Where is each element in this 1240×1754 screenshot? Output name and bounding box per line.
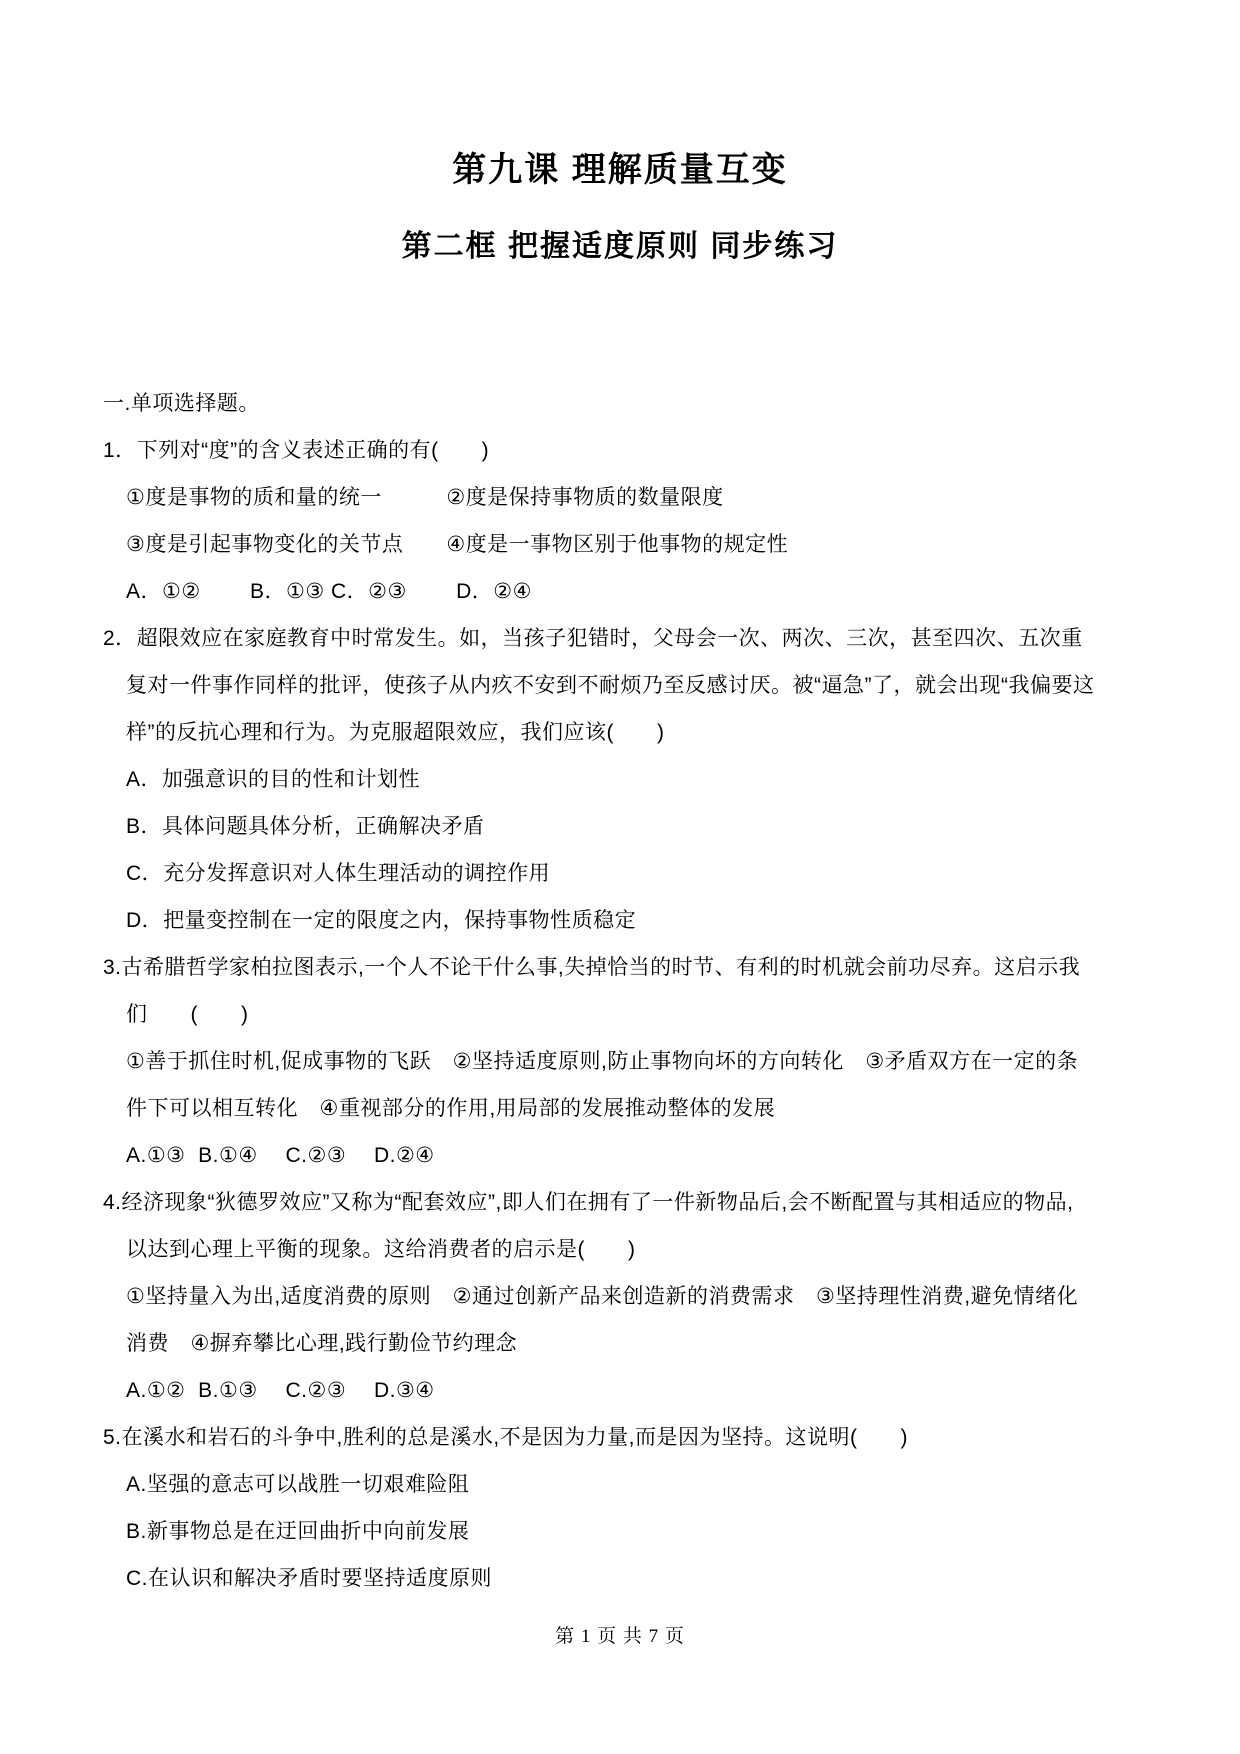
q5-choice-b: B.新事物总是在迂回曲折中向前发展 [0,1508,1240,1555]
page-footer: 第 1 页 共 7 页 [0,1621,1240,1648]
document-subtitle: 第二框 把握适度原则 同步练习 [0,221,1240,265]
q3-stem-line-1: 3.古希腊哲学家柏拉图表示,一个人不论干什么事,失掉恰当的时节、有利的时机就会前… [0,944,1240,991]
q2-stem-line-2: 复对一件事作同样的批评，使孩子从内疚不安到不耐烦乃至反感讨厌。被“逼急”了，就会… [0,662,1240,709]
q1-stem: 1．下列对“度”的含义表述正确的有( ) [0,427,1240,474]
q1-choices: A．①② B．①③ C．②③ D．②④ [0,568,1240,615]
q1-item-line-1: ①度是事物的质和量的统一 ②度是保持事物质的数量限度 [0,474,1240,521]
q2-choice-b: B．具体问题具体分析，正确解决矛盾 [0,803,1240,850]
q4-item-line-2: 消费 ④摒弃攀比心理,践行勤俭节约理念 [0,1320,1240,1367]
document-body: 一.单项选择题。1．下列对“度”的含义表述正确的有( )①度是事物的质和量的统一… [0,380,1240,1602]
q4-stem-line-2: 以达到心理上平衡的现象。这给消费者的启示是( ) [0,1226,1240,1273]
q5-choice-a: A.坚强的意志可以战胜一切艰难险阻 [0,1461,1240,1508]
q2-choice-a: A．加强意识的目的性和计划性 [0,756,1240,803]
q1-item-line-2: ③度是引起事物变化的关节点 ④度是一事物区别于他事物的规定性 [0,521,1240,568]
q4-choices: A.①② B.①③ C.②③ D.③④ [0,1367,1240,1414]
q3-choices: A.①③ B.①④ C.②③ D.②④ [0,1132,1240,1179]
q2-stem-line-3: 样”的反抗心理和行为。为克服超限效应，我们应该( ) [0,709,1240,756]
q3-item-line-2: 件下可以相互转化 ④重视部分的作用,用局部的发展推动整体的发展 [0,1085,1240,1132]
q5-choice-c: C.在认识和解决矛盾时要坚持适度原则 [0,1555,1240,1602]
worksheet-page: 第九课 理解质量互变 第二框 把握适度原则 同步练习 一.单项选择题。1．下列对… [0,0,1240,1754]
q5-stem: 5.在溪水和岩石的斗争中,胜利的总是溪水,不是因为力量,而是因为坚持。这说明( … [0,1414,1240,1461]
q2-stem-line-1: 2．超限效应在家庭教育中时常发生。如，当孩子犯错时，父母会一次、两次、三次，甚至… [0,615,1240,662]
document-title: 第九课 理解质量互变 [0,142,1240,191]
q4-item-line-1: ①坚持量入为出,适度消费的原则 ②通过创新产品来创造新的消费需求 ③坚持理性消费… [0,1273,1240,1320]
section-header: 一.单项选择题。 [0,380,1240,427]
q3-stem-line-2: 们 ( ) [0,991,1240,1038]
q3-item-line-1: ①善于抓住时机,促成事物的飞跃 ②坚持适度原则,防止事物向坏的方向转化 ③矛盾双… [0,1038,1240,1085]
q2-choice-d: D．把量变控制在一定的限度之内，保持事物性质稳定 [0,897,1240,944]
q4-stem-line-1: 4.经济现象“狄德罗效应”又称为“配套效应”,即人们在拥有了一件新物品后,会不断… [0,1179,1240,1226]
q2-choice-c: C．充分发挥意识对人体生理活动的调控作用 [0,850,1240,897]
